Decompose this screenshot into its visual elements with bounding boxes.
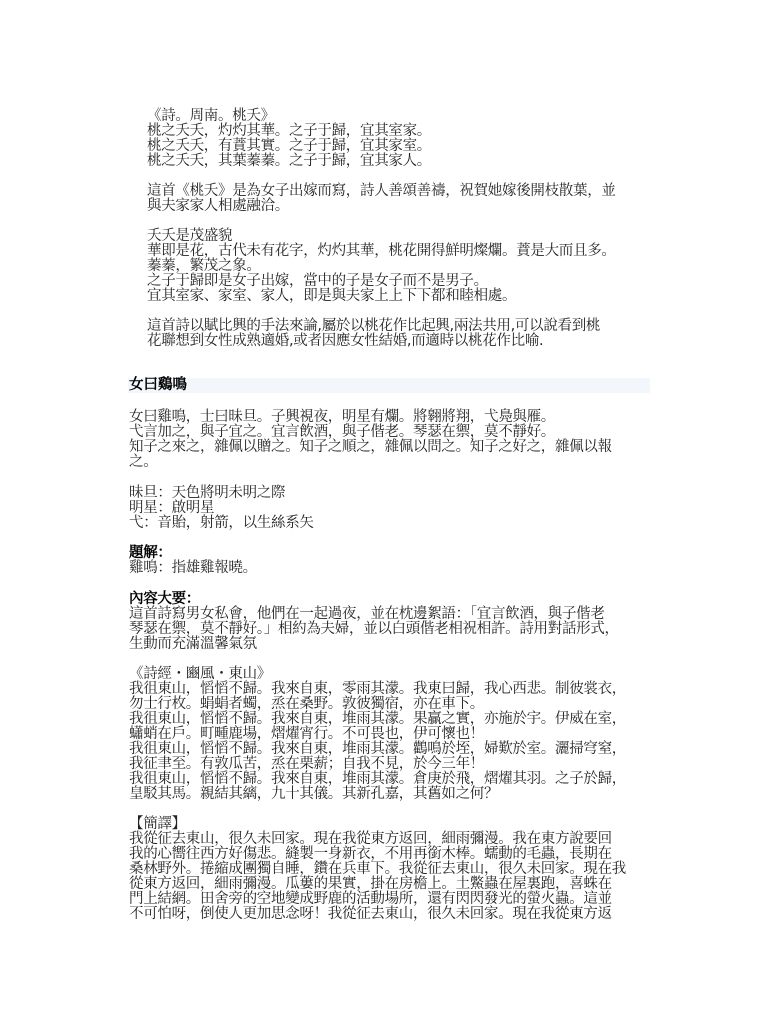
poem-line: 我徂東山，慆慆不歸。我來自東，零雨其濛。我東曰歸，我心西悲。制彼裳衣， bbox=[129, 682, 626, 697]
translation-label: 【簡譯】 bbox=[129, 817, 186, 832]
document-page: 《詩。周南。桃夭》 桃之夭夭，灼灼其華。之子于歸，宜其室家。 桃之夭夭，有蕡其實… bbox=[0, 0, 768, 1024]
poem-title-taoyao: 《詩。周南。桃夭》 bbox=[147, 109, 275, 124]
poem-line: 桃之夭夭，有蕡其實。之子于歸，宜其家室。 bbox=[147, 139, 431, 154]
glossary-line: 昧旦：天色將明未明之際 bbox=[129, 486, 285, 501]
poem-line: 皇駁其馬。親結其縭，九十其儀。其新孔嘉，其舊如之何？ bbox=[129, 787, 498, 802]
poem-line: 勿士行枚。蜎蜎者蠋，烝在桑野。敦彼獨宿，亦在車下。 bbox=[129, 697, 484, 712]
poem-line: 弋言加之，與子宜之。宜言飲酒，與子偕老。琴瑟在禦，莫不靜好。 bbox=[129, 425, 555, 440]
translation-line: 不可怕呀，倒使人更加思念呀！我從征去東山，很久未回家。現在我從東方返 bbox=[129, 907, 612, 922]
note-line: 夭夭是茂盛貌 bbox=[147, 229, 232, 244]
note-line: 蓁蓁，繁茂之象。 bbox=[147, 259, 261, 274]
summary-line: 生動而充滿溫馨氣氛 bbox=[129, 637, 257, 652]
summary-label: 內容大要： bbox=[129, 592, 200, 607]
intro-line: 這首《桃夭》是為女子出嫁而寫，詩人善頌善禱，祝賀她嫁後開枝散葉，並 bbox=[147, 184, 616, 199]
translation-line: 從東方返回，細雨彌漫。瓜蔞的果實，掛在房檐上。土鱉蟲在屋裏跑，喜蛛在 bbox=[129, 877, 612, 892]
explanation-label: 題解： bbox=[129, 546, 172, 561]
analysis-line: 這首詩以賦比興的手法來論,屬於以桃花作比起興,兩法共用,可以說看到桃 bbox=[147, 319, 600, 334]
poem-line: 女曰雞鳴，士曰昧旦。子興視夜，明星有爛。將翱將翔，弋鳧與雁。 bbox=[129, 410, 555, 425]
summary-line: 這首詩寫男女私會，他們在一起過夜，並在枕邊絮語：「宜言飲酒，與子偕老 bbox=[129, 607, 605, 622]
translation-line: 我從征去東山，很久未回家。現在我從東方返回，細雨彌漫。我在東方說要回 bbox=[129, 832, 612, 847]
poem-line: 我征聿至。有敦瓜苦，烝在栗薪；自我不見，於今三年！ bbox=[129, 757, 484, 772]
poem-line: 我徂東山，慆慆不歸。我來自東，堆雨其濛。果贏之實，亦施於宇。伊威在室， bbox=[129, 712, 626, 727]
poem-line: 之。 bbox=[129, 455, 157, 470]
poem-line: 我徂東山，慆慆不歸。我來自東，堆雨其濛。鸛鳴於垤，婦歎於室。灑掃穹窒， bbox=[129, 742, 626, 757]
note-line: 華即是花，古代未有花字，灼灼其華，桃花開得鮮明燦爛。蕡是大而且多。 bbox=[147, 244, 616, 259]
note-line: 宜其室家、家室、家人，即是與夫家上上下下都和睦相處。 bbox=[147, 289, 516, 304]
analysis-line: 花聯想到女性成熟適婚,或者因應女性結婚,而適時以桃花作比喻. bbox=[147, 334, 543, 349]
section-heading-bar bbox=[128, 378, 650, 393]
translation-line: 桑林野外。捲縮成團獨自睡，鑽在兵車下。我從征去東山，很久未回家。現在我 bbox=[129, 862, 626, 877]
section-heading-nujiming: 女曰鷄鳴 bbox=[129, 378, 187, 393]
poem-line: 我徂東山，慆慆不歸。我來自東，堆雨其濛。倉庚於飛，熠燿其羽。之子於歸， bbox=[129, 772, 626, 787]
explanation-text: 雞鳴：指雄雞報曉。 bbox=[129, 561, 257, 576]
poem-line: 桃之夭夭，灼灼其華。之子于歸，宜其室家。 bbox=[147, 124, 431, 139]
glossary-line: 明星：啟明星 bbox=[129, 501, 214, 516]
intro-line: 與夫家家人相處融洽。 bbox=[147, 199, 289, 214]
translation-line: 門上結網。田舍旁的空地變成野鹿的活動場所，還有閃閃發光的螢火蟲。這並 bbox=[129, 892, 612, 907]
translation-line: 我的心嚮往西方好傷悲。縫製一身新衣，不用再銜木棒。蠕動的毛蟲，長期在 bbox=[129, 847, 612, 862]
poem-line: 蠨蛸在戶。町畽鹿場，熠燿宵行。不可畏也，伊可懷也！ bbox=[129, 727, 484, 742]
poem-line: 桃之夭夭，其葉蓁蓁。之子于歸，宜其家人。 bbox=[147, 154, 431, 169]
summary-line: 琴瑟在禦，莫不靜好。」相約為夫婦，並以白頭偕老相祝相許。詩用對話形式， bbox=[129, 622, 619, 637]
glossary-line: 弋：音貽，射箭，以生絲系矢 bbox=[129, 516, 314, 531]
note-line: 之子于歸即是女子出嫁，當中的子是女子而不是男子。 bbox=[147, 274, 488, 289]
poem-line: 知子之來之，雜佩以贈之。知子之順之，雜佩以問之。知子之好之，雜佩以報 bbox=[129, 440, 612, 455]
poem-title-dongshan: 《詩經・豳風・東山》 bbox=[129, 667, 271, 682]
